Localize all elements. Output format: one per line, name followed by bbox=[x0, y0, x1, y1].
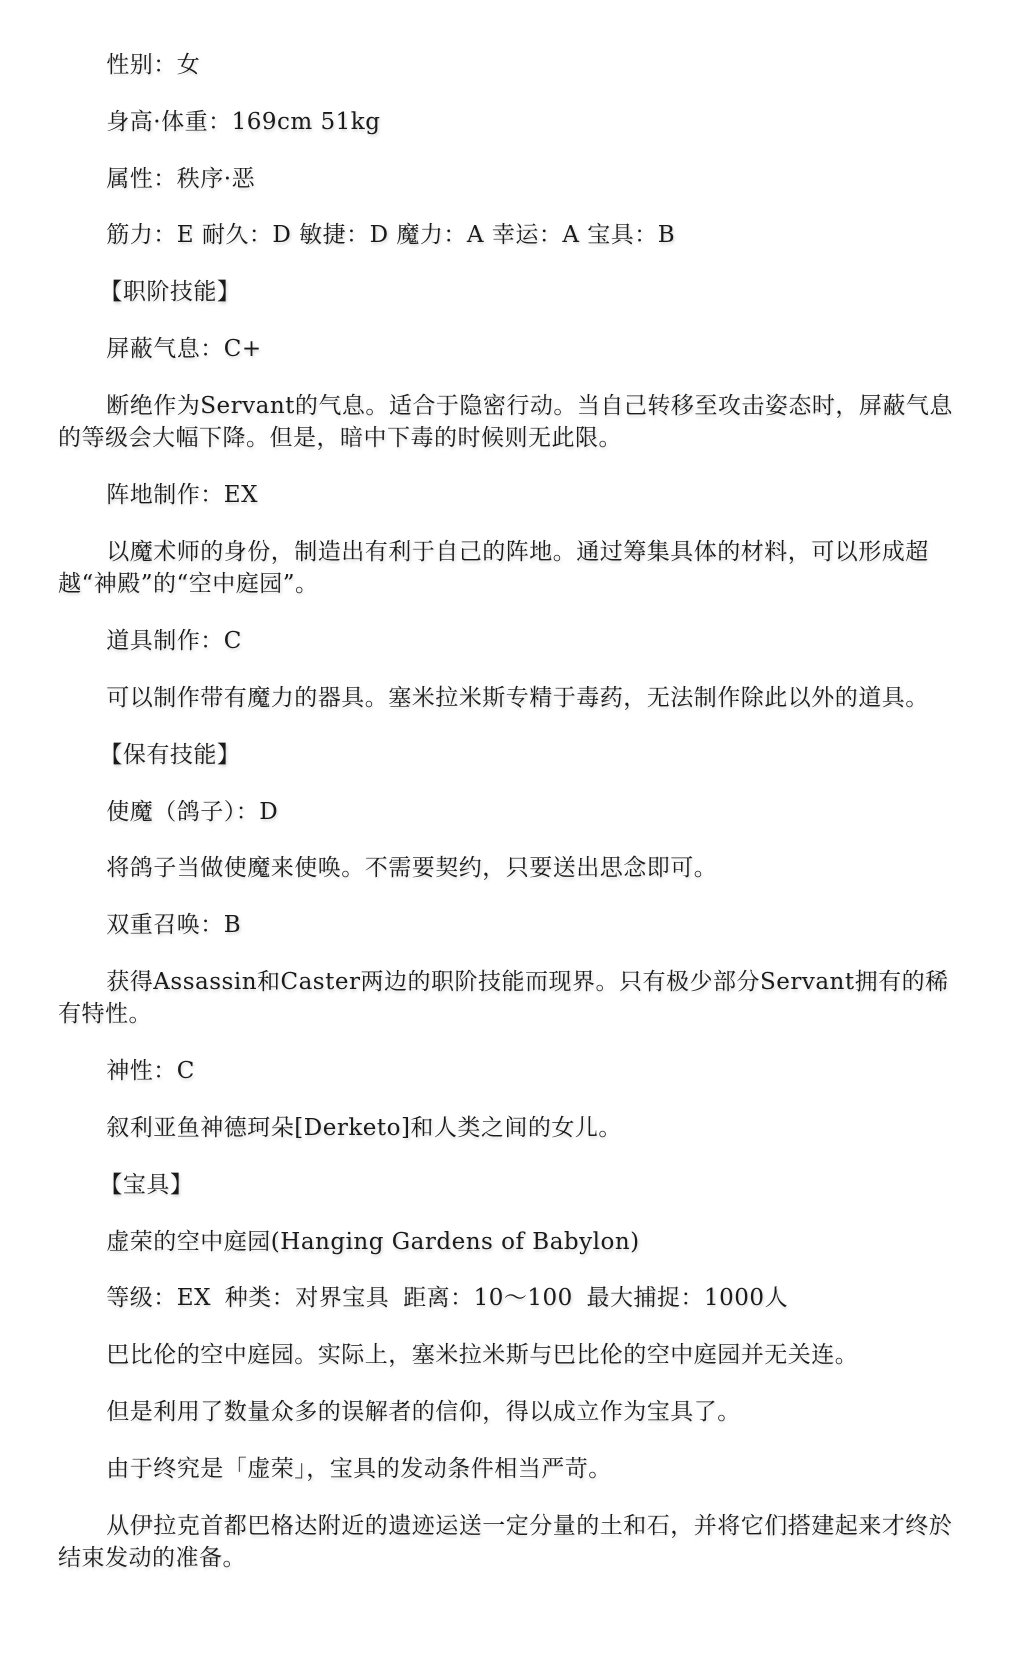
np-range: 距离：10～100 bbox=[403, 1285, 573, 1311]
gender-line: 性别：女 bbox=[58, 49, 968, 82]
skill-description: 断绝作为Servant的气息。适合于隐密行动。当自己转移至攻击姿态时，屏蔽气息的… bbox=[58, 390, 968, 455]
skill-description: 获得Assassin和Caster两边的职阶技能而现界。只有极少部分Servan… bbox=[58, 966, 968, 1031]
noble-phantasm-name: 虚荣的空中庭园(Hanging Gardens of Babylon) bbox=[58, 1226, 968, 1259]
np-type: 种类：对界宝具 bbox=[225, 1285, 390, 1311]
skill-name: 双重召唤：B bbox=[58, 909, 968, 942]
alignment-line: 属性：秩序·恶 bbox=[58, 163, 968, 196]
np-rank: 等级：EX bbox=[106, 1285, 211, 1311]
np-description: 从伊拉克首都巴格达附近的遗迹运送一定分量的土和石，并将它们搭建起来才终於结束发动… bbox=[58, 1510, 968, 1575]
np-description: 但是利用了数量众多的误解者的信仰，得以成立作为宝具了。 bbox=[58, 1396, 968, 1429]
height-weight-line: 身高·体重：169cm 51kg bbox=[58, 106, 968, 139]
skill-name: 阵地制作：EX bbox=[58, 479, 968, 512]
np-description: 由于终究是「虚荣」，宝具的发动条件相当严苛。 bbox=[58, 1453, 968, 1486]
skill-description: 将鸽子当做使魔来使唤。不需要契约，只要送出思念即可。 bbox=[58, 852, 968, 885]
skill-description: 以魔术师的身份，制造出有利于自己的阵地。通过筹集具体的材料，可以形成超越“神殿”… bbox=[58, 536, 968, 601]
np-max-targets: 最大捕捉：1000人 bbox=[587, 1285, 789, 1311]
skill-name: 神性：C bbox=[58, 1055, 968, 1088]
parameters-line: 筋力：E 耐久：D 敏捷：D 魔力：A 幸运：A 宝具：B bbox=[58, 219, 968, 252]
skill-description: 可以制作带有魔力的器具。塞米拉米斯专精于毒药，无法制作除此以外的道具。 bbox=[58, 682, 968, 715]
personal-skills-heading: 【保有技能】 bbox=[58, 739, 968, 772]
skill-description: 叙利亚鱼神德珂朵[Derketo]和人类之间的女儿。 bbox=[58, 1112, 968, 1145]
class-skills-heading: 【职阶技能】 bbox=[58, 276, 968, 309]
noble-phantasm-stats: 等级：EX种类：对界宝具距离：10～100最大捕捉：1000人 bbox=[58, 1282, 968, 1315]
noble-phantasm-heading: 【宝具】 bbox=[58, 1169, 968, 1202]
document-body: 性别：女 身高·体重：169cm 51kg 属性：秩序·恶 筋力：E 耐久：D … bbox=[58, 49, 968, 1599]
np-description: 巴比伦的空中庭园。实际上，塞米拉米斯与巴比伦的空中庭园并无关连。 bbox=[58, 1339, 968, 1372]
skill-name: 屏蔽气息：C+ bbox=[58, 333, 968, 366]
skill-name: 道具制作：C bbox=[58, 625, 968, 658]
skill-name: 使魔（鸽子）：D bbox=[58, 796, 968, 829]
